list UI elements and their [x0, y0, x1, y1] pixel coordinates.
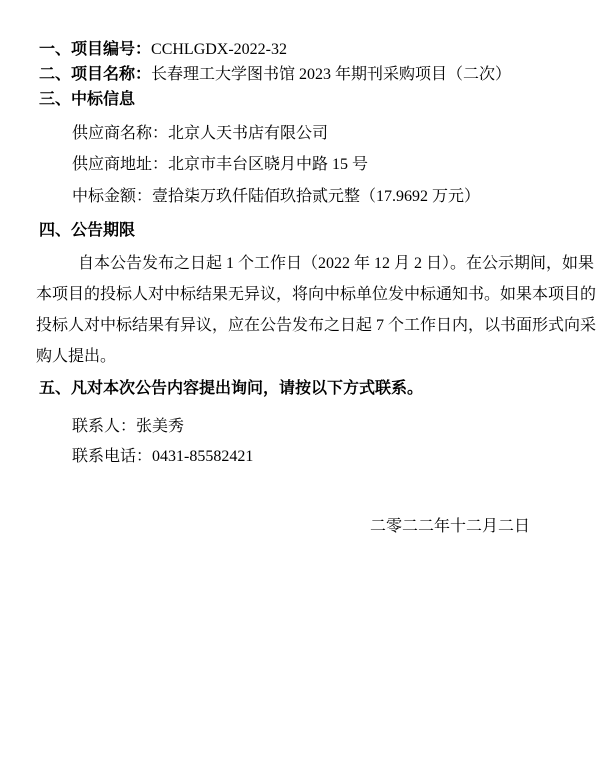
announcement-period-paragraph-line: 自本公告发布之日起 1 个工作日（2022 年 12 月 2 日）。在公示期间，… — [78, 254, 594, 273]
project-name-value: 长春理工大学图书馆 2023 年期刊采购项目（二次） — [151, 66, 511, 83]
project-name-label: 二、项目名称： — [39, 66, 151, 83]
supplier-address-line: 供应商地址：北京市丰台区晓月中路 15 号 — [72, 155, 368, 174]
contact-heading: 五、凡对本次公告内容提出询问，请按以下方式联系。 — [39, 379, 423, 398]
announcement-period-paragraph-line: 投标人对中标结果有异议，应在公告发布之日起 7 个工作日内，以书面形式向采 — [36, 316, 596, 335]
award-amount-line: 中标金额：壹拾柒万玖仟陆佰玖拾贰元整（17.9692 万元） — [72, 187, 480, 206]
project-number-label: 一、项目编号： — [39, 41, 151, 58]
announcement-period-paragraph-line: 本项目的投标人对中标结果无异议，将向中标单位发中标通知书。如果本项目的 — [36, 285, 596, 304]
announcement-period-heading: 四、公告期限 — [39, 221, 135, 240]
project-number-line: 一、项目编号：CCHLGDX-2022-32 — [39, 40, 287, 59]
announcement-period-paragraph-line: 购人提出。 — [36, 347, 116, 366]
project-number-value: CCHLGDX-2022-32 — [151, 41, 287, 58]
contact-person-line: 联系人：张美秀 — [72, 417, 184, 436]
sign-date: 二零二二年十二月二日 — [370, 517, 530, 536]
supplier-name-line: 供应商名称：北京人天书店有限公司 — [72, 124, 328, 143]
award-info-heading: 三、中标信息 — [39, 90, 135, 109]
award-announcement-document: 一、项目编号：CCHLGDX-2022-32 二、项目名称：长春理工大学图书馆 … — [0, 0, 612, 781]
contact-phone-line: 联系电话：0431-85582421 — [72, 447, 253, 466]
project-name-line: 二、项目名称：长春理工大学图书馆 2023 年期刊采购项目（二次） — [39, 65, 511, 84]
